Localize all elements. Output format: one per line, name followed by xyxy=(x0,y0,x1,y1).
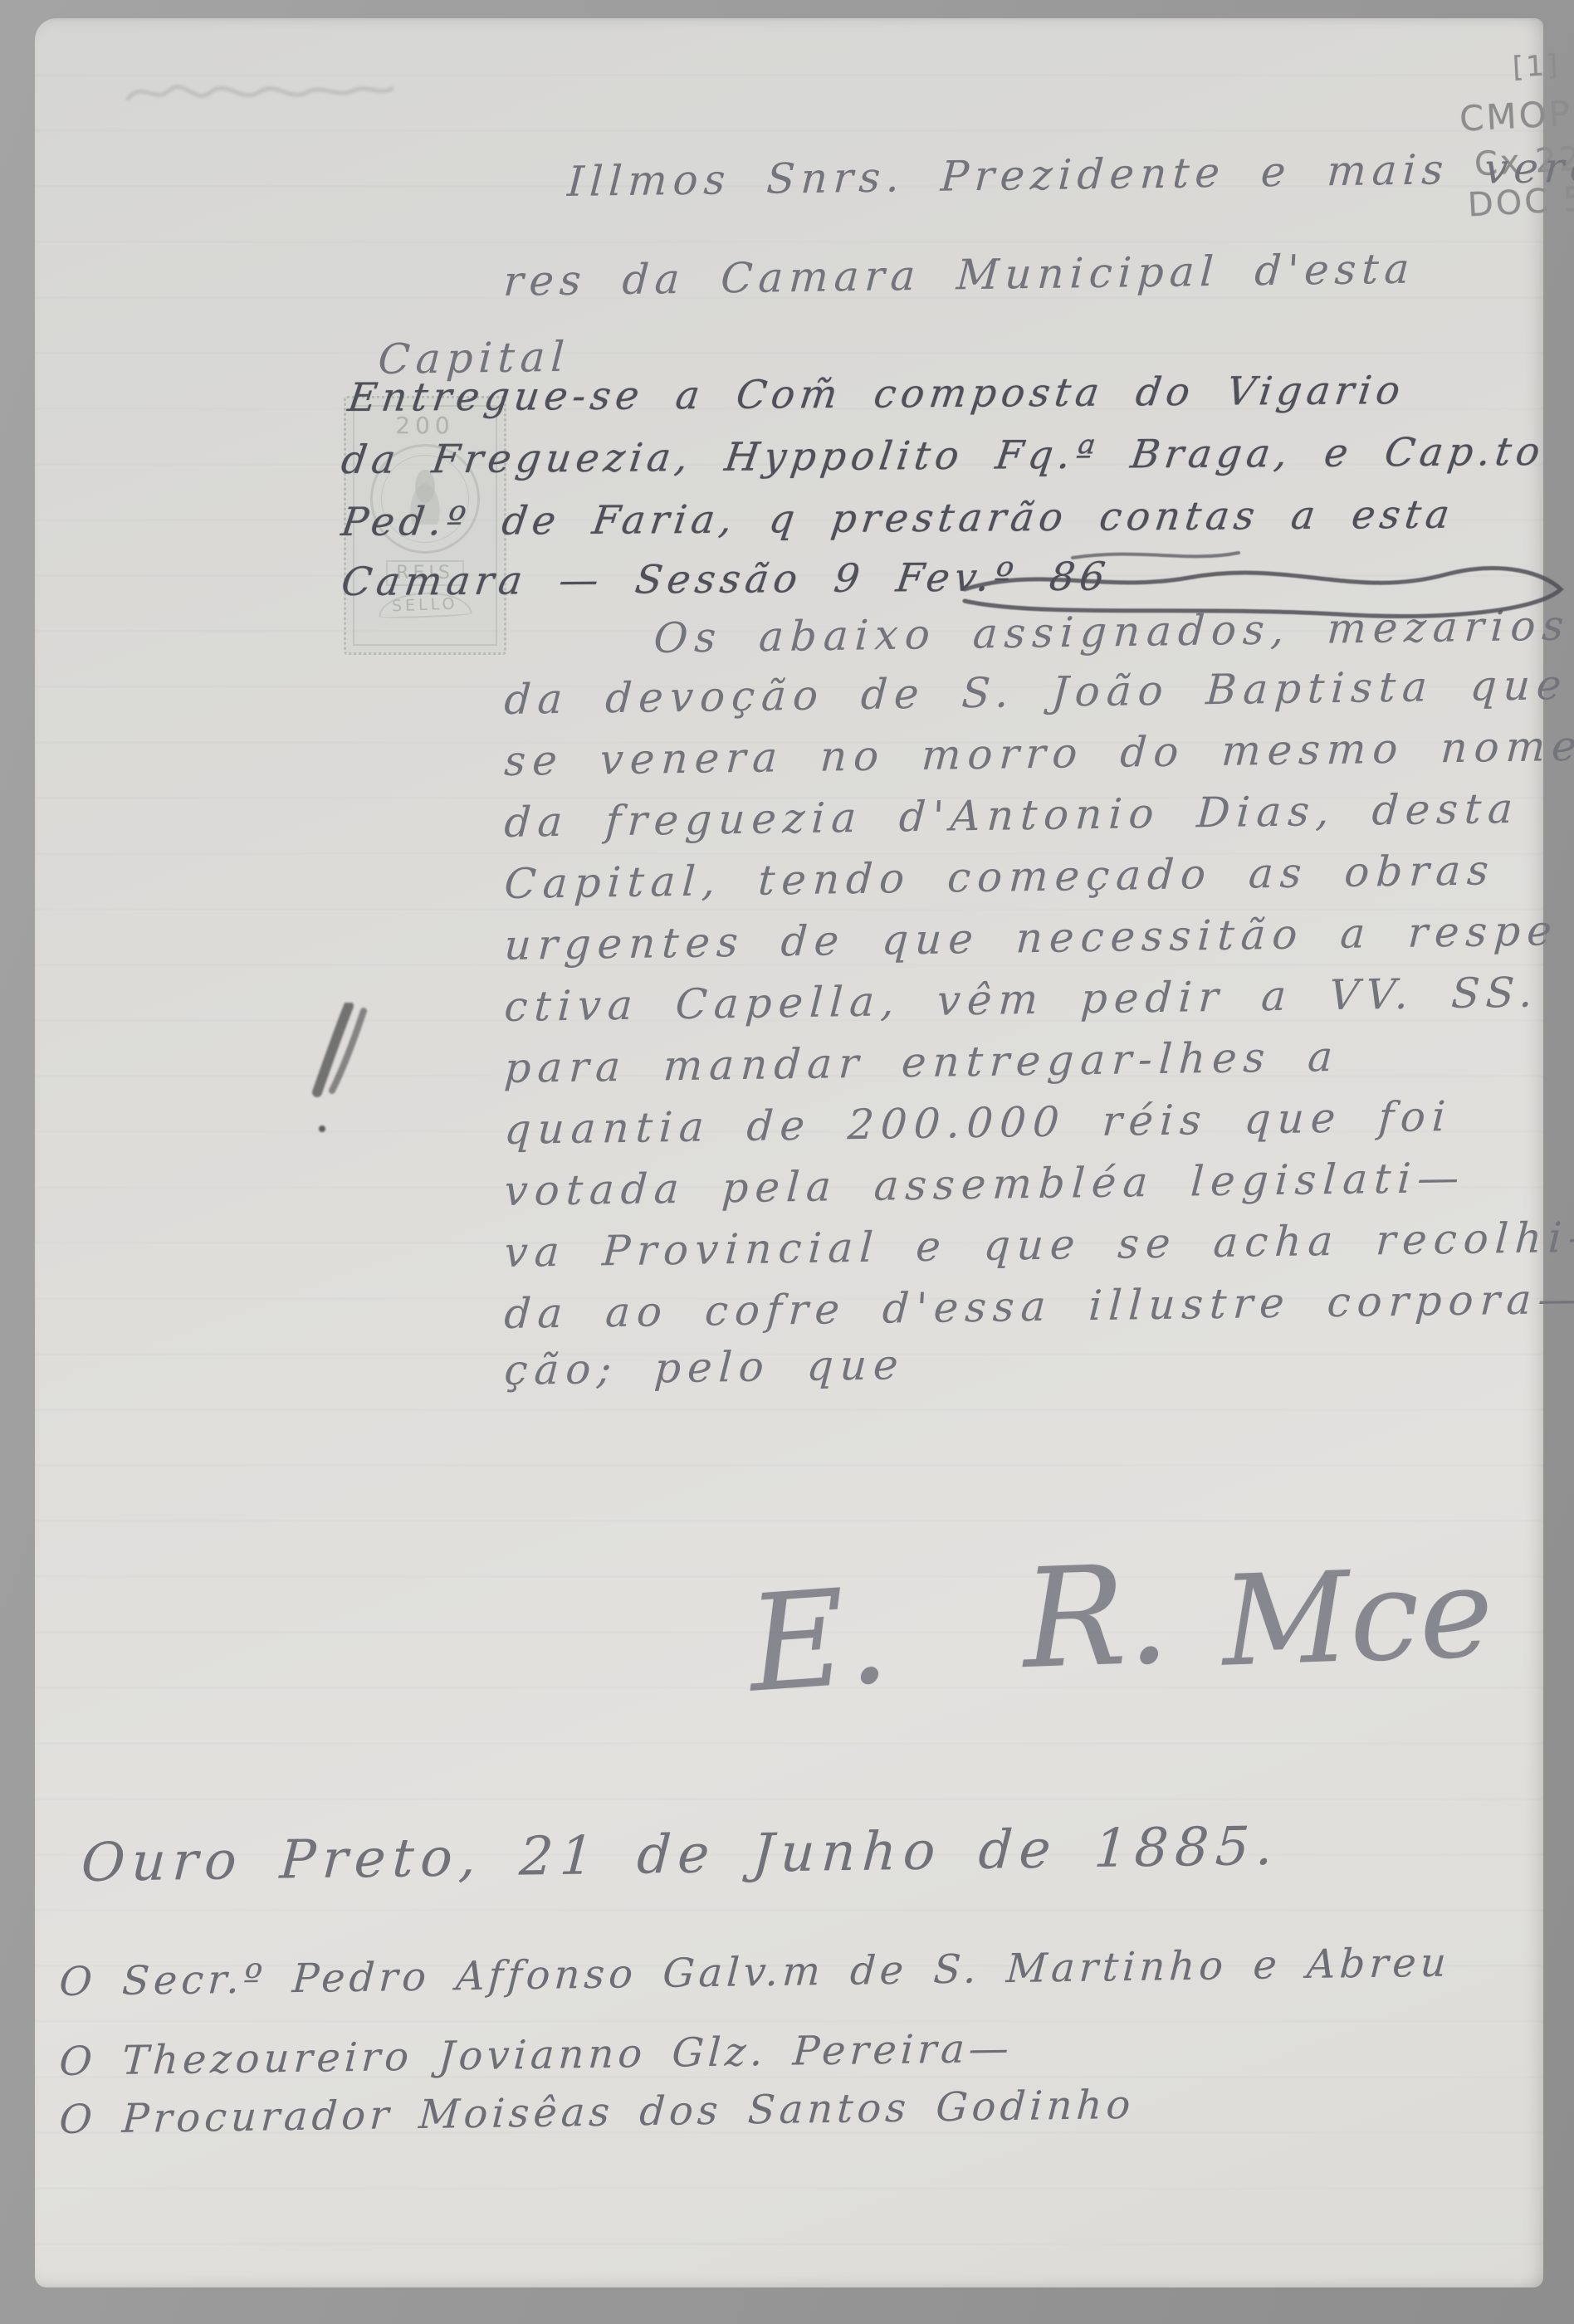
heading-line: Illmos Snrs. Prezidente e mais vereado— xyxy=(566,141,1574,206)
ink-smudge-mark xyxy=(284,1003,392,1152)
signature-procurator: O Procurador Moisêas dos Santos Godinho xyxy=(58,2082,1136,2143)
archival-collection-code: CMOP 4 xyxy=(1459,90,1574,139)
dispatch-note-line: Ped.º de Faria, q prestarão contas a est… xyxy=(339,492,1457,545)
body-line: Capital, tendo começado as obras xyxy=(503,846,1497,908)
dispatch-note-line: Entregue-se a Com̃ composta do Vigario xyxy=(345,368,1408,421)
body-line: da ao cofre d'essa illustre corpora— xyxy=(503,1275,1574,1338)
heading-line: res da Camara Municipal d'esta xyxy=(502,245,1416,305)
signature-secretary: O Secr.º Pedro Affonso Galv.m de S. Mart… xyxy=(58,1940,1451,2005)
signature-rubric-flourish xyxy=(608,541,1574,641)
body-line: ctiva Capella, vêm pedir a VV. SS. xyxy=(503,969,1541,1031)
body-line: da devoção de S. João Baptista que xyxy=(503,661,1569,724)
body-line: votada pela assembléa legislati— xyxy=(503,1154,1467,1215)
dateline: Ouro Preto, 21 de Junho de 1885. xyxy=(80,1816,1281,1894)
closing-formula: E. R. Mce xyxy=(749,1537,1413,1753)
scanned-manuscript-screen: [1] CMOP 4 Cx 22 DOC 55 200 REIS SELLO I… xyxy=(0,0,1574,2324)
body-line: ção; pelo que xyxy=(503,1340,906,1394)
dispatch-note-line: da Freguezia, Hyppolito Fq.ª Braga, e Ca… xyxy=(339,429,1547,483)
closing-letter-m: Mce xyxy=(1220,1540,1495,1694)
body-line: va Provincial e que se acha recolhi— xyxy=(503,1213,1574,1277)
body-line: para mandar entregar-lhes a xyxy=(503,1033,1341,1092)
body-line: quantia de 200.000 réis que foi xyxy=(503,1092,1454,1154)
body-line: da freguezia d'Antonio Dias, desta xyxy=(503,784,1521,847)
body-line: se venera no morro do mesmo nome xyxy=(503,722,1574,785)
document-page: [1] CMOP 4 Cx 22 DOC 55 200 REIS SELLO I… xyxy=(35,18,1543,2287)
faint-pencil-scribble xyxy=(118,56,400,122)
closing-letter-r: R. xyxy=(1020,1535,1172,1699)
archival-page-number: [1] xyxy=(1512,49,1561,85)
body-line: urgentes de que necessitão a respe xyxy=(503,906,1559,969)
signature-treasurer: O Thezoureiro Jovianno Glz. Pereira— xyxy=(58,2025,1014,2085)
closing-letter-e: E. xyxy=(744,1557,893,1721)
